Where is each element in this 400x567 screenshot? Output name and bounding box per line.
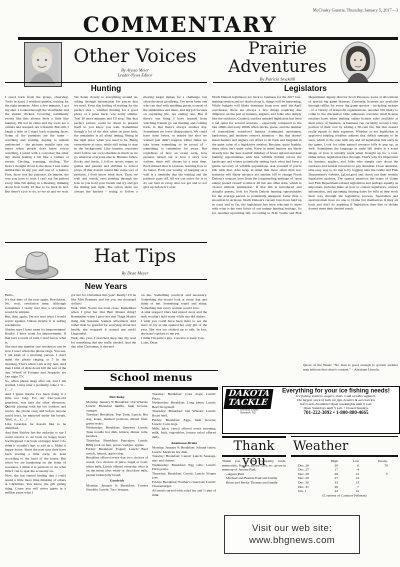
- website-url: www.bhgnews.com: [249, 535, 335, 547]
- menu-mcclusky-text: Monday, January 9: Breakfast: Oat Wheats…: [86, 400, 148, 477]
- new-years-rule: [5, 279, 207, 280]
- ad-phone: 701-222-3092 • 1-800-880-4665: [273, 410, 399, 416]
- thank-you-note: Thank you for the sympathy cards, memori…: [222, 459, 286, 513]
- legislators-article-text: North Dakota legislators are back to bus…: [212, 95, 398, 363]
- hat-tips-photo: [14, 247, 60, 281]
- new-years-col2: got her for Christmas this year! Really!…: [71, 293, 136, 368]
- weather-top-rule: [291, 436, 398, 437]
- weather-courtesy: (Courtesy of Candace Pellman): [291, 493, 398, 497]
- weather-heading: Weather: [293, 439, 398, 454]
- prairie-adventures-title: Prairie Adventures: [215, 40, 340, 76]
- menu-goodrich-title: Goodrich: [86, 479, 148, 483]
- menu-anamoose-text: Monday, January 9: Breakfast: Johnny cak…: [152, 446, 216, 497]
- school-menus-col1: McClusky Monday, January 9: Breakfast: O…: [86, 392, 148, 567]
- ad-brand-line2: TACKLE: [226, 399, 268, 408]
- dakota-tackle-logo: DAKOTA TACKLE S. Bismarck Expwy. Bismarc…: [223, 387, 273, 433]
- other-voices-byline: By Alyssa Meier Leader-News Editor: [62, 68, 208, 81]
- newspaper-page: McClusky Gazette, Thursday, January 5, 2…: [0, 0, 400, 567]
- school-menus-top-rule: [84, 370, 218, 371]
- page-title: COMMENTARY: [20, 12, 340, 37]
- website-promo-box: Visit our web site: www.bhgnews.com: [224, 515, 360, 554]
- hat-tips-title: Hat Tips: [62, 245, 208, 267]
- other-voices-title: Other Voices: [62, 45, 208, 67]
- legislators-article: North Dakota legislators are back to bus…: [212, 95, 398, 363]
- header-rule: [18, 37, 398, 40]
- hunting-heading: Hunting: [5, 84, 207, 93]
- cowboy-hat-icon: [14, 247, 60, 281]
- menu-goodrich-monday: Monday, January 9: Breakfast: Toaster St…: [86, 483, 148, 491]
- thank-you-text: Thank you for the sympathy cards, memori…: [222, 459, 286, 472]
- other-voices-photo: [24, 42, 62, 87]
- new-years-heading: New Years: [5, 281, 207, 291]
- menu-goodrich-continued: Tuesday: Breakfast: Corn dogs; Lunch: Pi…: [152, 392, 216, 439]
- menu-mcclusky-title: McClusky: [86, 395, 148, 399]
- thank-you-top-rule: [222, 436, 286, 438]
- dakota-tackle-ad: DAKOTA TACKLE S. Bismarck Expwy. Bismarc…: [222, 386, 400, 434]
- school-menus-col2: Tuesday: Breakfast: Corn dogs; Lunch: Pi…: [152, 392, 216, 567]
- website-promo-line1: Visit our web site:: [252, 523, 332, 535]
- hat-tips-top-rule: [5, 242, 207, 243]
- portrait-woman-illustration: [340, 41, 376, 83]
- school-menus-bottom-rule: [84, 387, 218, 390]
- hat-tips-byline: By Dean Meyer: [62, 271, 208, 278]
- quote-of-the-week: Quote of the Week: “No man is good enoug…: [303, 363, 398, 385]
- right-section-rule: [213, 82, 398, 83]
- new-years-col3: on me. Something practical and necessary…: [141, 293, 207, 368]
- ad-address-line2: Bismarck, ND: [224, 412, 272, 415]
- menu-anamoose-title: Anamoose-Drake: [152, 441, 216, 445]
- weather-bottom-rule: [291, 455, 398, 457]
- weather-table: High Low Precip. Dec. 26206.70 Dec. 2717…: [291, 459, 398, 519]
- thank-you-bottom-rule: [222, 455, 286, 457]
- thank-you-signature3: Brian and Becky Thomas and family: [226, 480, 286, 484]
- ad-headline: Everything for your ice fishing needs!: [273, 387, 399, 394]
- byline-role: Leader-News Editor: [62, 73, 208, 78]
- school-menus-heading: School menus: [84, 372, 218, 384]
- new-years-col1: Hello, It's that time of the year again.…: [5, 293, 66, 562]
- prairie-adventures-title-line1: Prairie: [215, 40, 340, 58]
- dakota-tackle-ad-copy: Everything for your ice fishing needs! I…: [273, 387, 399, 430]
- hunting-article-text: I stood back from the group, observing. …: [5, 95, 207, 242]
- legislators-heading: Legislators: [213, 84, 398, 93]
- hunting-article: I stood back from the group, observing. …: [5, 95, 207, 242]
- prairie-adventures-photo: [340, 41, 376, 83]
- left-section-rule: [5, 82, 207, 83]
- prairie-adventures-title-line2: Adventures: [215, 58, 340, 76]
- portrait-child-illustration: [25, 43, 59, 84]
